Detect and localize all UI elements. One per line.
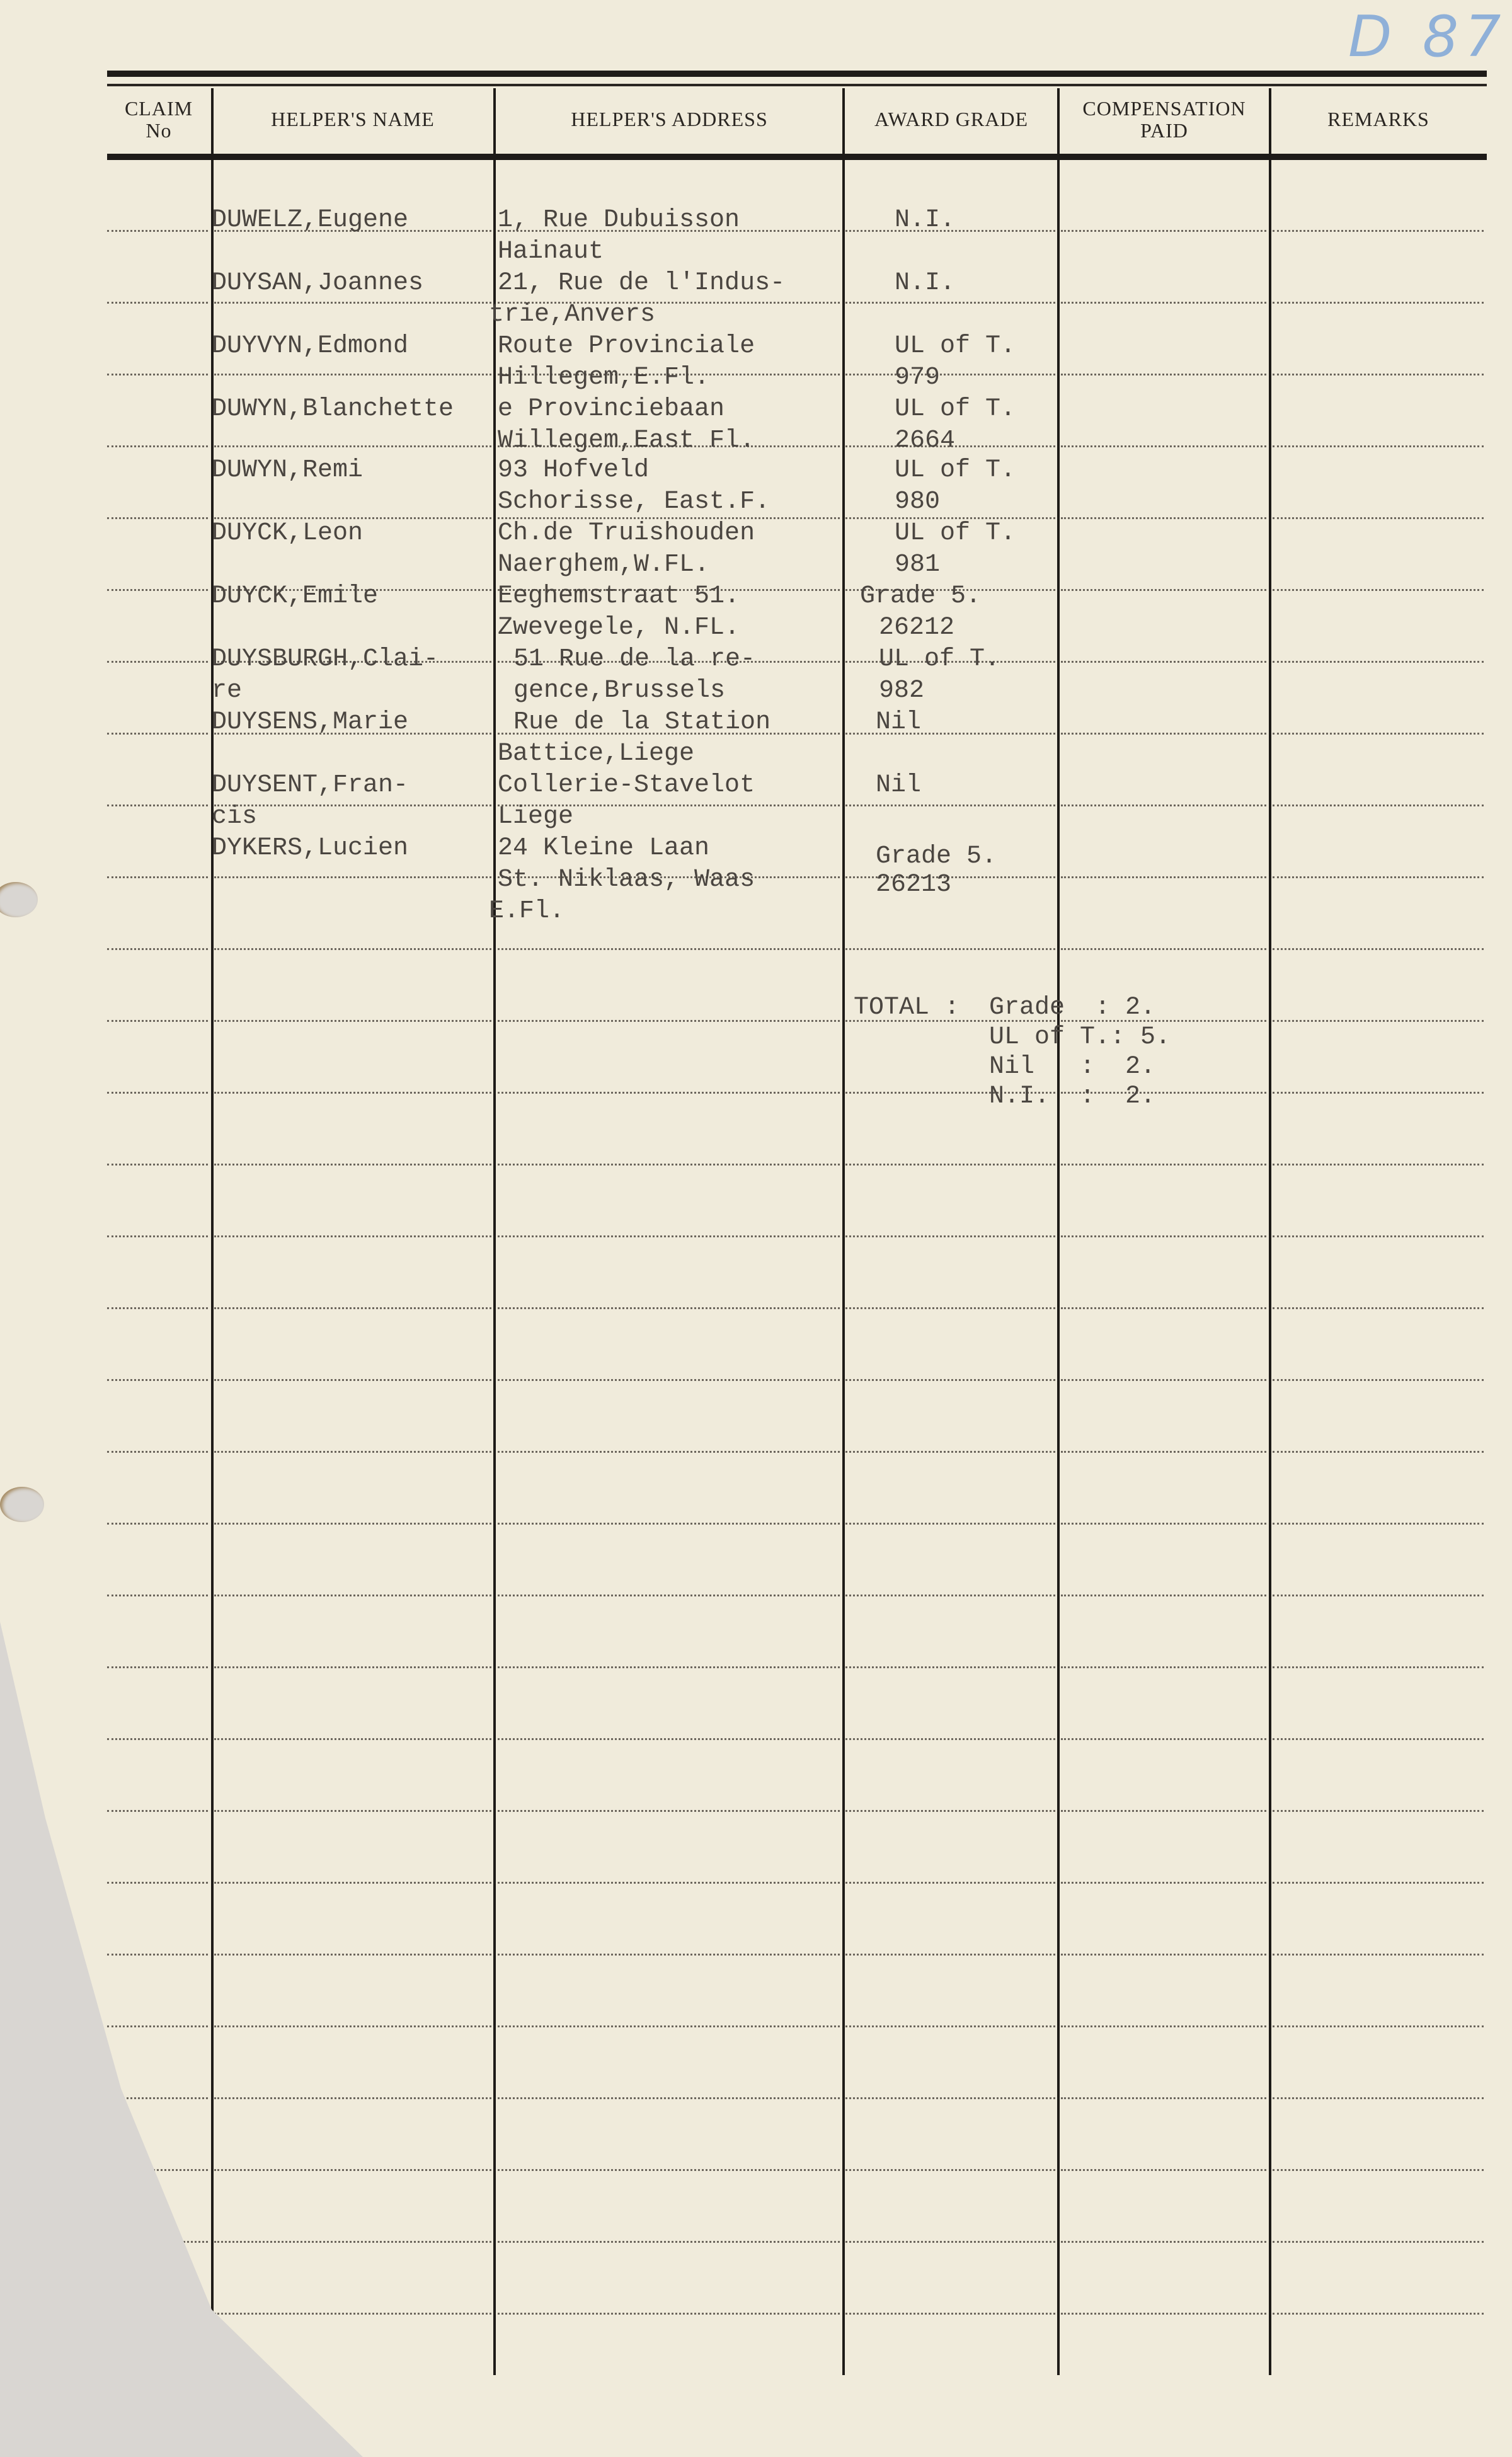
dotted-rule: [1273, 517, 1484, 519]
punch-hole: [0, 882, 38, 917]
header-award-grade: AWARD GRADE: [844, 88, 1058, 151]
dotted-rule: [498, 948, 840, 950]
award-grade: N.I.: [895, 205, 955, 236]
dotted-rule: [845, 2097, 1055, 2099]
dotted-rule: [845, 1738, 1055, 1740]
dotted-rule: [845, 2241, 1055, 2243]
dotted-rule: [1273, 1810, 1484, 1812]
dotted-rule: [214, 2169, 491, 2171]
dotted-rule: [1273, 2025, 1484, 2027]
dotted-rule: [214, 1523, 491, 1525]
dotted-rule: [107, 2169, 208, 2171]
dotted-rule: [214, 1307, 491, 1309]
helper-name: DYKERS,Lucien: [212, 833, 408, 864]
total-grade: Grade : 2.: [989, 992, 1155, 1024]
dotted-rule: [107, 1020, 208, 1022]
dotted-rule: [107, 1164, 208, 1165]
award-number: 2664: [895, 425, 955, 457]
dotted-rule: [845, 1595, 1055, 1596]
helper-address-line: e Provinciebaan: [498, 394, 724, 425]
dotted-rule: [1061, 1738, 1266, 1740]
column-divider: [211, 88, 214, 2375]
dotted-rule: [498, 1451, 840, 1453]
dotted-rule: [1061, 1810, 1266, 1812]
dotted-rule: [214, 2025, 491, 2027]
dotted-rule: [107, 1092, 208, 1094]
dotted-rule: [1273, 1595, 1484, 1596]
archive-stamp: D 87: [1348, 4, 1507, 70]
dotted-rule: [214, 1235, 491, 1237]
helper-address-line: trie,Anvers: [489, 299, 655, 331]
award-grade: Grade 5.: [860, 581, 981, 612]
award-number: 981: [895, 549, 940, 581]
dotted-rule: [107, 1738, 208, 1740]
dotted-rule: [1273, 805, 1484, 806]
dotted-rule: [214, 2241, 491, 2243]
helper-address-line: gence,Brussels: [513, 675, 725, 707]
helper-address-line: Ch.de Truishouden: [498, 518, 755, 549]
dotted-rule: [107, 374, 208, 375]
dotted-rule: [214, 1379, 491, 1381]
dotted-rule: [214, 1738, 491, 1740]
dotted-rule: [107, 589, 208, 591]
award-number: 979: [895, 362, 940, 394]
total-ni: N.I. : 2.: [989, 1081, 1155, 1113]
award-grade: UL of T.: [879, 644, 1000, 675]
dotted-rule: [845, 1523, 1055, 1525]
dotted-rule: [1273, 733, 1484, 735]
total-nil: Nil : 2.: [989, 1051, 1155, 1083]
dotted-rule: [214, 2313, 491, 2315]
column-divider: [842, 88, 845, 2375]
dotted-rule: [1061, 2169, 1266, 2171]
dotted-rule: [214, 1451, 491, 1453]
dotted-rule: [1061, 1666, 1266, 1668]
dotted-rule: [845, 2313, 1055, 2315]
dotted-rule: [107, 733, 208, 735]
award-grade: UL of T.: [895, 518, 1016, 549]
dotted-rule: [1061, 733, 1266, 735]
dotted-rule: [1273, 1954, 1484, 1956]
helper-name: DUYSBURGH,Clai-: [212, 644, 438, 675]
helper-name: DUYSENT,Fran-: [212, 770, 408, 801]
dotted-rule: [214, 374, 491, 375]
header-claim-no: CLAIM No: [108, 88, 209, 151]
helper-name: DUWYN,Blanchette: [212, 394, 454, 425]
helper-name: DUYVYN,Edmond: [212, 331, 408, 362]
dotted-rule: [107, 445, 208, 447]
header-helper-name: HELPER'S NAME: [214, 88, 491, 151]
dotted-rule: [107, 2241, 208, 2243]
dotted-rule: [1273, 1882, 1484, 1884]
dotted-rule: [845, 1882, 1055, 1884]
dotted-rule: [1061, 230, 1266, 232]
totals-label: TOTAL :: [854, 992, 959, 1024]
award-grade: Nil: [876, 707, 921, 738]
helper-address-line: 24 Kleine Laan: [498, 833, 709, 864]
dotted-rule: [1273, 302, 1484, 304]
dotted-rule: [1273, 1020, 1484, 1022]
dotted-rule: [214, 1092, 491, 1094]
dotted-rule: [107, 876, 208, 878]
dotted-rule: [107, 1523, 208, 1525]
award-grade: Nil: [876, 770, 921, 801]
dotted-rule: [498, 2241, 840, 2243]
dotted-rule: [107, 1307, 208, 1309]
dotted-rule: [107, 1954, 208, 1956]
dotted-rule: [498, 1738, 840, 1740]
dotted-rule: [845, 1954, 1055, 1956]
dotted-rule: [845, 1379, 1055, 1381]
dotted-rule: [214, 1595, 491, 1596]
dotted-rule: [1061, 1954, 1266, 1956]
dotted-rule: [498, 2169, 840, 2171]
document-page: D 87 CLAIM No HELPER'S NAME HELPER'S ADD…: [0, 0, 1512, 2457]
dotted-rule: [1273, 2097, 1484, 2099]
helper-address-line: Liege: [498, 801, 573, 833]
column-divider: [1057, 88, 1060, 2375]
dotted-rule: [214, 948, 491, 950]
dotted-rule: [1273, 1307, 1484, 1309]
dotted-rule: [214, 445, 491, 447]
dotted-rule: [1061, 2313, 1266, 2315]
dotted-rule: [1273, 445, 1484, 447]
dotted-rule: [107, 2313, 208, 2315]
helper-address-line: Battice,Liege: [498, 738, 694, 770]
dotted-rule: [214, 1882, 491, 1884]
dotted-rule: [1273, 1379, 1484, 1381]
dotted-rule: [498, 1020, 840, 1022]
dotted-rule: [1273, 1666, 1484, 1668]
dotted-rule: [107, 302, 208, 304]
helper-address-line: Route Provinciale: [498, 331, 755, 362]
punch-hole: [0, 1487, 44, 1522]
dotted-rule: [214, 1164, 491, 1165]
award-grade: N.I.: [895, 268, 955, 299]
helper-address-line: Zwevegele, N.FL.: [498, 612, 740, 644]
dotted-rule: [1273, 1451, 1484, 1453]
dotted-rule: [1061, 374, 1266, 375]
dotted-rule: [1061, 1379, 1266, 1381]
dotted-rule: [845, 2169, 1055, 2171]
dotted-rule: [1061, 2025, 1266, 2027]
column-divider: [493, 88, 496, 2375]
dotted-rule: [214, 302, 491, 304]
helper-name: DUYSAN,Joannes: [212, 268, 423, 299]
dotted-rule: [498, 1379, 840, 1381]
total-ul-of-t: UL of T.: 5.: [989, 1022, 1171, 1053]
dotted-rule: [498, 1666, 840, 1668]
dotted-rule: [845, 374, 1055, 375]
dotted-rule: [845, 1666, 1055, 1668]
award-grade: UL of T.: [895, 331, 1016, 362]
helper-name: DUYCK,Leon: [212, 518, 363, 549]
dotted-rule: [1061, 876, 1266, 878]
dotted-rule: [845, 805, 1055, 806]
helper-name: DUWYN,Remi: [212, 455, 363, 486]
helper-name-continued: cis: [212, 801, 257, 833]
helper-address-line: 21, Rue de l'Indus-: [498, 268, 785, 299]
dotted-rule: [498, 1523, 840, 1525]
helper-name: DUYCK,Emile: [212, 581, 378, 612]
dotted-rule: [845, 1810, 1055, 1812]
helper-address-line: Naerghem,W.FL.: [498, 549, 709, 581]
helper-address-line: Rue de la Station: [513, 707, 770, 738]
dotted-rule: [107, 1666, 208, 1668]
dotted-rule: [498, 1164, 840, 1165]
dotted-rule: [214, 1810, 491, 1812]
dotted-rule: [1273, 661, 1484, 663]
dotted-rule: [845, 302, 1055, 304]
header-helper-address: HELPER'S ADDRESS: [495, 88, 844, 151]
dotted-rule: [845, 1235, 1055, 1237]
helper-name: DUWELZ,Eugene: [212, 205, 408, 236]
dotted-rule: [214, 1020, 491, 1022]
dotted-rule: [1061, 948, 1266, 950]
dotted-rule: [107, 948, 208, 950]
award-number: 26213: [876, 869, 951, 901]
dotted-rule: [214, 1666, 491, 1668]
dotted-rule: [1273, 948, 1484, 950]
dotted-rule: [1061, 2241, 1266, 2243]
helper-address-line: Eeghemstraat 51.: [498, 581, 740, 612]
dotted-rule: [1273, 1092, 1484, 1094]
dotted-rule: [107, 1595, 208, 1596]
dotted-rule: [107, 1451, 208, 1453]
helper-name-continued: re: [212, 675, 242, 707]
helper-address-line: 51 Rue de la re-: [513, 644, 755, 675]
header-compensation-paid: COMPENSATION PAID: [1060, 88, 1269, 151]
award-number: 982: [879, 675, 924, 707]
dotted-rule: [107, 230, 208, 232]
award-grade: UL of T.: [895, 394, 1016, 425]
helper-address-line: Hainaut: [498, 236, 604, 268]
dotted-rule: [107, 2025, 208, 2027]
dotted-rule: [498, 1092, 840, 1094]
dotted-rule: [498, 2097, 840, 2099]
dotted-rule: [107, 1882, 208, 1884]
dotted-rule: [1061, 517, 1266, 519]
helper-address-line: Collerie-Stavelot: [498, 770, 755, 801]
award-grade: UL of T.: [895, 455, 1016, 486]
dotted-rule: [1061, 1451, 1266, 1453]
helper-address-line: St. Niklaas, Waas: [498, 864, 755, 896]
dotted-rule: [498, 2313, 840, 2315]
dotted-rule: [107, 1235, 208, 1237]
dotted-rule: [498, 1595, 840, 1596]
dotted-rule: [1273, 1235, 1484, 1237]
dotted-rule: [845, 1164, 1055, 1165]
award-number: 980: [895, 486, 940, 518]
helper-address-line: Willegem,East Fl.: [498, 425, 755, 457]
column-divider: [1269, 88, 1271, 2375]
dotted-rule: [498, 1810, 840, 1812]
dotted-rule: [498, 2025, 840, 2027]
helper-address-line: 93 Hofveld: [498, 455, 649, 486]
dotted-rule: [1061, 1595, 1266, 1596]
dotted-rule: [1061, 589, 1266, 591]
header-remarks: REMARKS: [1271, 88, 1486, 151]
dotted-rule: [107, 517, 208, 519]
dotted-rule: [1273, 2241, 1484, 2243]
dotted-rule: [1273, 2313, 1484, 2315]
dotted-rule: [1273, 374, 1484, 375]
dotted-rule: [214, 876, 491, 878]
dotted-rule: [845, 1451, 1055, 1453]
dotted-rule: [214, 2097, 491, 2099]
dotted-rule: [845, 1307, 1055, 1309]
dotted-rule: [214, 1954, 491, 1956]
dotted-rule: [1061, 302, 1266, 304]
dotted-rule: [107, 1379, 208, 1381]
helper-address-line: E.Fl.: [489, 896, 564, 927]
dotted-rule: [1273, 1738, 1484, 1740]
top-rule: [107, 71, 1487, 77]
dotted-rule: [498, 1882, 840, 1884]
dotted-rule: [1273, 2169, 1484, 2171]
helper-address-line: 1, Rue Dubuisson: [498, 205, 740, 236]
helper-address-line: Schorisse, East.F.: [498, 486, 770, 518]
dotted-rule: [845, 948, 1055, 950]
top-thin-rule: [107, 84, 1487, 86]
dotted-rule: [845, 2025, 1055, 2027]
dotted-rule: [107, 1810, 208, 1812]
dotted-rule: [498, 1307, 840, 1309]
dotted-rule: [1273, 230, 1484, 232]
dotted-rule: [1061, 1235, 1266, 1237]
dotted-rule: [1061, 1523, 1266, 1525]
dotted-rule: [1061, 2097, 1266, 2099]
dotted-rule: [1061, 1307, 1266, 1309]
dotted-rule: [1061, 1882, 1266, 1884]
dotted-rule: [1273, 876, 1484, 878]
dotted-rule: [1273, 589, 1484, 591]
dotted-rule: [107, 2097, 208, 2099]
helper-name: DUYSENS,Marie: [212, 707, 408, 738]
dotted-rule: [1061, 805, 1266, 806]
dotted-rule: [1061, 661, 1266, 663]
dotted-rule: [1273, 1523, 1484, 1525]
award-number: 26212: [879, 612, 954, 644]
dotted-rule: [1273, 1164, 1484, 1165]
dotted-rule: [498, 1954, 840, 1956]
dotted-rule: [1061, 445, 1266, 447]
dotted-rule: [1061, 1164, 1266, 1165]
award-grade: Grade 5.: [876, 841, 997, 873]
dotted-rule: [107, 661, 208, 663]
dotted-rule: [498, 1235, 840, 1237]
helper-address-line: Hillegem,E.Fl.: [498, 362, 709, 394]
header-rule: [107, 154, 1487, 160]
dotted-rule: [107, 805, 208, 806]
